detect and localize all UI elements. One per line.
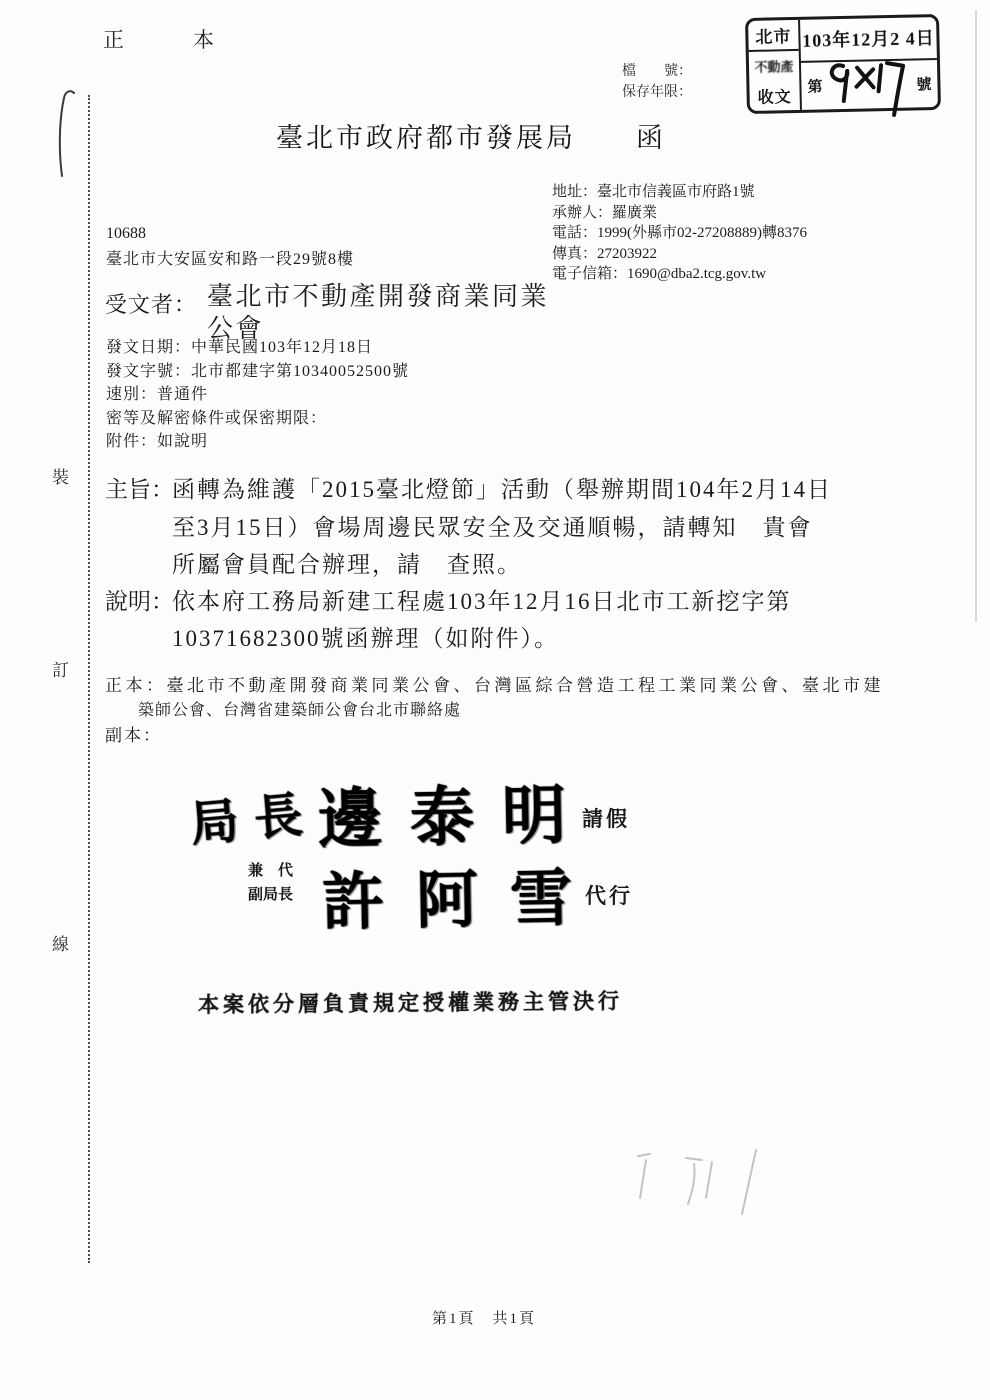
issue-date: 發文日期：中華民國103年12月18日 [106,336,409,360]
sender-contact-block: 地址：臺北市信義區市府路1號 承辦人：羅廣業 電話：1999(外縣市02-272… [552,182,807,285]
explanation-line1: 依本府工務局新建工程處103年12月16日北市工新挖字第 [172,583,792,616]
document-number: 發文字號：北市都建字第10340052500號 [106,360,409,384]
deputy-acting-note: 代行 [585,880,633,910]
binding-char-xian: 線 [52,930,69,955]
deputy-title-stamp: 兼 代 副局長 [248,859,293,907]
recipient-zip: 10688 [106,225,146,243]
explanation-label: 說明： [105,583,174,616]
delegation-authority-stamp: 本案依分層負責規定授權業務主管決行 [198,985,623,1019]
document-meta-block: 發文日期：中華民國103年12月18日 發文字號：北市都建字第103400525… [106,336,409,454]
retention-period-label: 保存年限： [622,81,692,101]
sender-contact-person: 承辦人：羅廣業 [552,203,807,224]
priority: 速別：普通件 [106,383,409,407]
receipt-stamp-body: 103年12月2 4日 第 號 [800,17,938,110]
scanned-official-letter: { "doc": { "copy_label": "正 本", "archive… [0,0,990,1400]
binding-dotted-line [88,95,90,1263]
archive-number-label: 檔 號： [622,60,692,80]
subject-line1: 函轉為維護「2015臺北燈節」活動（舉辦期間104年2月14日 [172,471,832,504]
faint-pencil-marks [628,1142,798,1227]
handwritten-receipt-number [823,54,916,108]
receipt-no-suffix: 號 [916,73,931,94]
binding-char-zhuang: 裝 [52,463,69,488]
distribution-original-line2: 築師公會、台灣省建築師公會台北市聯絡處 [138,697,461,720]
sender-phone: 電話：1999(外縣市02-27208889)轉8376 [552,223,807,244]
recipient-label: 受文者： [105,288,197,319]
sender-fax: 傳真：27203922 [552,244,807,265]
receipt-no-prefix: 第 [807,75,822,96]
copy-type-label: 正 本 [103,24,238,54]
director-name-stamp: 邊泰明 [317,764,595,861]
deputy-name-stamp: 許阿雪 [321,848,605,942]
stamp-org-line1: 北市 [748,20,799,52]
deputy-title-line1: 兼 代 [248,859,293,883]
subject-line2: 至3月15日）會場周邊民眾安全及交通順暢，請轉知 貴會 [172,509,813,542]
attachment-note: 附件：如說明 [106,430,409,454]
stamp-org-line2: 不動產 [749,51,800,81]
document-title: 臺北市政府都市發展局 函 [276,116,666,155]
distribution-original-line1: 正本：臺北市不動產開發商業同業公會、台灣區綜合營造工程工業同業公會、臺北市建 [105,671,884,696]
receipt-number-row: 第 號 [801,60,938,110]
receipt-stamp: 北市 不動產 收文 103年12月2 4日 第 號 [745,14,941,114]
pen-mark-artifact [46,84,80,179]
stamp-org-line3: 收文 [749,81,800,111]
distribution-copy-label: 副本： [105,721,162,746]
binding-char-ding: 訂 [52,656,69,681]
subject-label: 主旨： [105,471,174,504]
receipt-stamp-org: 北市 不動產 收文 [748,20,802,111]
director-title-stamp: 局長 [187,775,321,855]
scan-edge-artifact [975,10,977,622]
director-leave-note: 請假 [582,803,630,833]
sender-address: 地址：臺北市信義區市府路1號 [552,182,807,203]
recipient-address: 臺北市大安區安和路一段29號8樓 [106,246,354,269]
sender-email: 電子信箱：1690@dba2.tcg.gov.tw [552,264,807,285]
deputy-title-line2: 副局長 [248,883,293,907]
explanation-line2: 10371682300號函辦理（如附件）。 [172,620,559,653]
page-footer: 第1頁 共1頁 [432,1307,536,1328]
security-classification: 密等及解密條件或保密期限： [106,407,409,431]
subject-line3: 所屬會員配合辦理，請 查照。 [172,546,522,579]
